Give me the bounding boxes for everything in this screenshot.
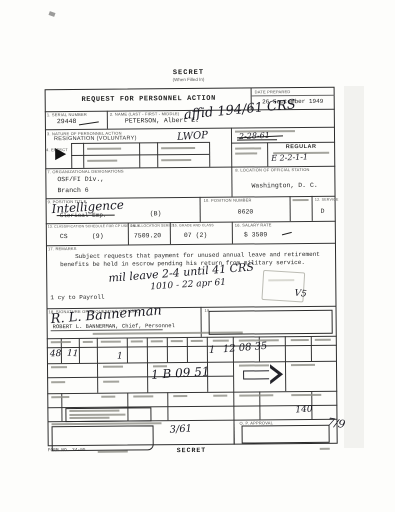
classification-label: 13. CLASSIFICATION SCHEDULE FOR CP USE O… <box>48 223 140 228</box>
bottom-handwritten-initials: 7/9 <box>327 415 347 431</box>
remarks-label: 17. REMARKS <box>48 246 77 251</box>
service-value: D <box>321 208 325 215</box>
rule <box>157 142 158 167</box>
illegible-label <box>291 394 321 396</box>
illegible-label <box>291 339 309 341</box>
salary-label: 16. SALARY RATE <box>235 222 272 227</box>
service-label: 12. SERVICE <box>315 197 339 202</box>
illegible-label <box>101 341 121 343</box>
classification-bottom: SECRET <box>177 447 206 454</box>
category-regular-label: REGULAR <box>271 144 331 151</box>
illegible-label <box>213 395 227 397</box>
classification-top-sub: (When Filled In) <box>118 76 258 82</box>
org-line2: Branch 6 <box>57 187 88 194</box>
rule <box>311 336 312 361</box>
form-title: REQUEST FOR PERSONNEL ACTION <box>59 95 239 105</box>
nature-of-action-value: RESIGNATION (VOLUNTARY) <box>54 135 137 142</box>
illegible-label <box>133 395 153 397</box>
illegible-label <box>103 366 123 368</box>
rule <box>71 143 72 168</box>
illegible-label <box>51 396 69 398</box>
illegible-label <box>87 148 121 150</box>
illegible-label <box>103 381 119 383</box>
effect-pointer-icon <box>55 148 66 160</box>
org-designations-label: 7. ORGANIZATIONAL DESIGNATIONS <box>47 169 123 175</box>
classification-banner: SECRET (When Filled In) <box>118 68 258 82</box>
scanned-document-page: SECRET (When Filled In) <box>0 0 395 512</box>
form-number: FORM NO. 34-95 <box>48 448 86 453</box>
position-suffix: (B) <box>150 210 162 217</box>
form-document: SECRET (When Filled In) <box>0 0 395 512</box>
rule <box>209 142 210 167</box>
illegible-label <box>239 394 273 396</box>
illegible-label <box>87 160 117 162</box>
rule <box>127 338 128 363</box>
grade-value: 07 (2) <box>184 232 207 239</box>
illegible-label <box>83 341 93 343</box>
illegible-label <box>291 364 315 366</box>
illegible-label <box>239 364 269 366</box>
rule <box>167 337 168 362</box>
rule <box>83 143 84 168</box>
rule <box>232 222 233 244</box>
illegible-label <box>293 199 309 201</box>
position-number-label: 10. POSITION NUMBER <box>204 197 252 202</box>
grid-handwritten-11: 11 <box>67 349 79 360</box>
classification-value2: (9) <box>92 233 104 240</box>
grid-handwritten-1: 1 <box>209 345 215 356</box>
stamp-initials: V5 <box>294 288 307 299</box>
illegible-label <box>235 152 257 154</box>
org-line1: OSF/FI Div., <box>57 176 104 183</box>
name-label: 2. NAME (LAST - FIRST - MIDDLE) <box>110 111 180 117</box>
rule <box>107 111 108 129</box>
grid-handwritten-48: 48 <box>50 349 62 359</box>
illegible-label <box>315 339 331 341</box>
grade-label: 15. GRADE AND CLASS <box>173 223 214 228</box>
illegible-label <box>51 366 67 368</box>
classification-value: CS <box>60 233 68 240</box>
illegible-label <box>151 340 163 342</box>
position-number-value: 0620 <box>238 208 254 215</box>
serial-number-value: 29448 <box>57 118 77 125</box>
allocation-value: 7509.20 <box>134 232 161 239</box>
illegible-label <box>161 147 195 149</box>
hand-drawn-arrow-icon <box>243 370 271 379</box>
date-prepared-label: DATE PREPARED <box>255 89 291 94</box>
illegible-label <box>171 340 183 342</box>
rule <box>200 197 201 222</box>
allocation-label: 14. ALLOCATION SERIES <box>131 223 175 228</box>
illegible-stamp-text <box>268 279 294 281</box>
hand-drawn-arrow-head-inner <box>269 367 278 381</box>
grid-handwritten-tick: 1 <box>117 352 123 362</box>
rule <box>290 196 291 221</box>
illegible-label <box>191 340 203 342</box>
illegible-label <box>213 340 229 342</box>
station-label: 8. LOCATION OF OFFICIAL STATION <box>235 167 309 173</box>
illegible-label <box>173 395 187 397</box>
serial-number-label: 1. SERIAL NUMBER <box>47 112 87 117</box>
illegible-label <box>51 341 71 343</box>
grid-handwritten-140: 140 <box>295 404 313 415</box>
salary-value: $ 3509 <box>244 231 267 238</box>
rule <box>139 142 140 167</box>
category-handwritten-annotation: E 2-2-1-1 <box>271 152 308 163</box>
rule <box>233 420 234 445</box>
approval-box <box>209 310 333 335</box>
rule <box>187 337 188 362</box>
illegible-label <box>98 451 128 453</box>
illegible-label <box>320 448 330 450</box>
illegible-label <box>235 147 261 149</box>
rule <box>312 196 313 221</box>
cc-note: 1 cy to Payroll <box>50 294 104 301</box>
nature-handwritten-annotation: LWOP <box>177 130 209 143</box>
station-value: Washington, D. C. <box>251 182 317 190</box>
rule <box>79 338 80 363</box>
certification-box-right <box>242 425 330 444</box>
rule <box>267 142 268 166</box>
illegible-label <box>101 396 115 398</box>
illegible-label <box>161 159 191 161</box>
illegible-label <box>131 340 143 342</box>
illegible-label <box>51 381 65 383</box>
bottom-handwritten-date: 3/61 <box>169 423 192 435</box>
